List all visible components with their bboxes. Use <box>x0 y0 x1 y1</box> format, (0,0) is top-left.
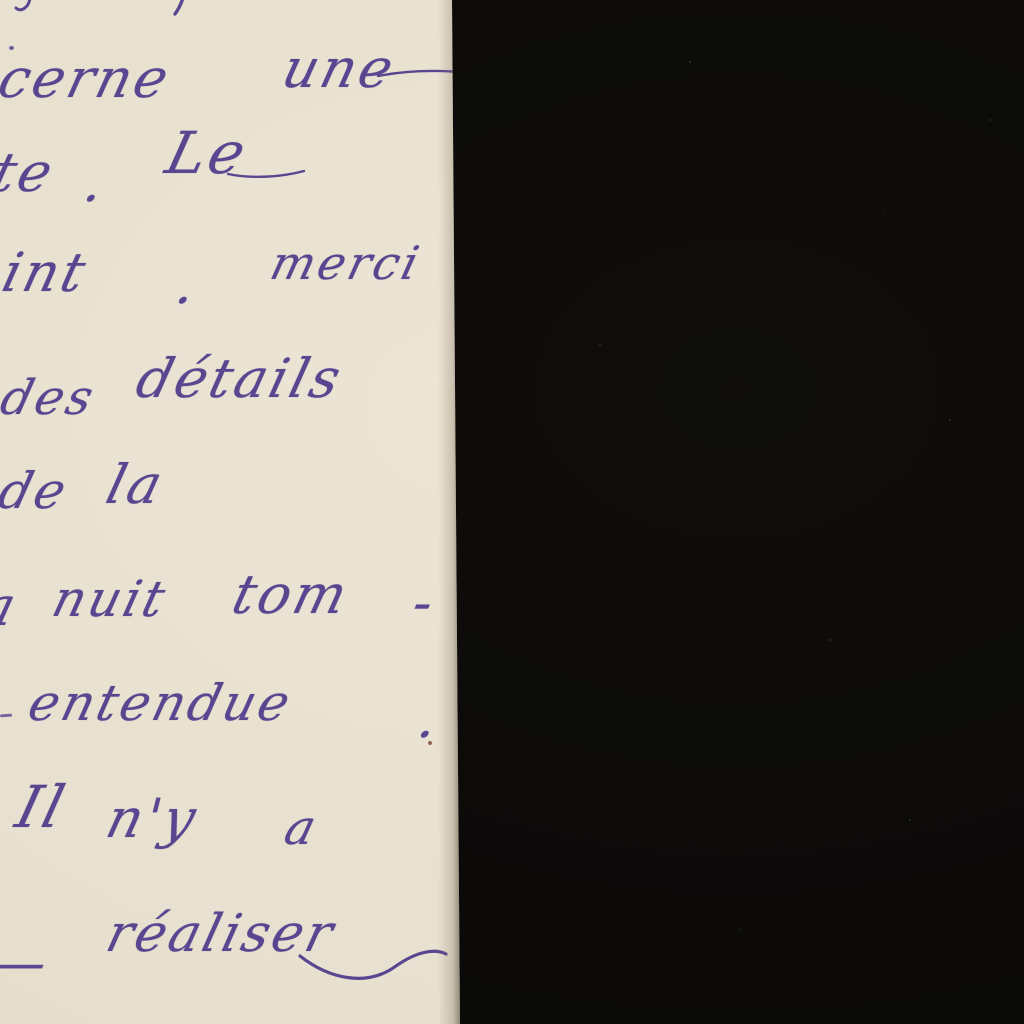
handwritten-word: a <box>280 804 324 852</box>
handwritten-word: nuit <box>48 574 173 624</box>
handwritten-period: . <box>79 156 113 210</box>
handwritten-period: . <box>171 258 205 312</box>
handwritten-word: tom <box>227 568 355 622</box>
pen-flourish-stroke <box>300 942 448 994</box>
handwritten-word: merci <box>266 240 426 286</box>
handwritten-word: n'y <box>101 792 204 846</box>
handwritten-word: Il <box>11 778 73 836</box>
paper-speck <box>428 741 432 745</box>
edge-stroke-fragment <box>0 714 12 718</box>
handwritten-dash: — <box>0 936 56 990</box>
handwritten-word: la <box>101 458 170 512</box>
handwritten-word: de <box>0 466 74 516</box>
cut-stroke-top-left <box>14 0 36 18</box>
handwritten-word: entendue <box>24 678 298 728</box>
pen-tail-stroke <box>228 166 304 182</box>
cut-stroke-top-mid <box>172 0 186 16</box>
handwritten-word: int <box>0 246 93 300</box>
handwritten-word-cut: a <box>0 580 24 634</box>
manuscript-photo: cerne une te . Le int . merci des détail… <box>0 0 1024 1024</box>
handwritten-hyphen: - <box>407 576 442 630</box>
handwritten-word: te <box>0 146 60 200</box>
handwritten-word: des <box>0 374 101 422</box>
handwritten-word: détails <box>131 352 348 406</box>
handwritten-word: cerne <box>0 52 176 106</box>
